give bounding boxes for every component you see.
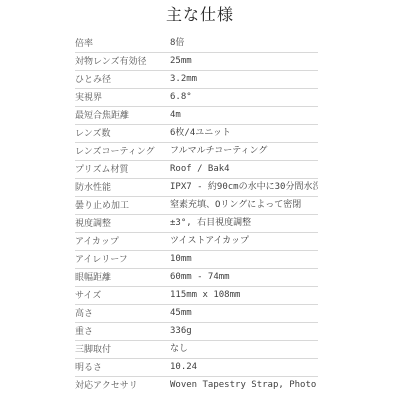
- spec-row-label: 三脚取付: [75, 341, 170, 359]
- spec-row-value: なし: [170, 341, 318, 359]
- spec-row-label: サイズ: [75, 287, 170, 305]
- spec-row-value: 8倍: [170, 35, 318, 53]
- spec-row-label: レンズコーティング: [75, 143, 170, 161]
- spec-row-value: IPX7 - 約90cmの水中に30分間水没可能: [170, 179, 318, 197]
- spec-row-label: アイカップ: [75, 233, 170, 251]
- spec-row: プリズム材質Roof / Bak4: [75, 161, 318, 179]
- spec-table: 倍率8倍対物レンズ有効径25mmひとみ径3.2mm実視界6.8°最短合焦距離4m…: [75, 35, 318, 394]
- spec-row-value: 10mm: [170, 251, 318, 269]
- spec-row-value: 10.24: [170, 359, 318, 377]
- spec-row: アイレリーフ10mm: [75, 251, 318, 269]
- spec-row: 対物レンズ有効径25mm: [75, 53, 318, 71]
- spec-row: 重さ336g: [75, 323, 318, 341]
- spec-row: 三脚取付なし: [75, 341, 318, 359]
- page-title: 主な仕様: [0, 0, 400, 27]
- spec-row: 明るさ10.24: [75, 359, 318, 377]
- spec-row: 実視界6.8°: [75, 89, 318, 107]
- spec-row-value: フルマルチコーティング: [170, 143, 318, 161]
- spec-row-value: 115mm x 108mm: [170, 287, 318, 305]
- spec-row: 防水性能IPX7 - 約90cmの水中に30分間水没可能: [75, 179, 318, 197]
- spec-row: 曇り止め加工窒素充填、Oリングによって密閉: [75, 197, 318, 215]
- spec-row-label: ひとみ径: [75, 71, 170, 89]
- spec-row-value: 45mm: [170, 305, 318, 323]
- spec-row-value: 6枚/4ユニット: [170, 125, 318, 143]
- spec-row-value: 336g: [170, 323, 318, 341]
- spec-row-label: 明るさ: [75, 359, 170, 377]
- spec-row-value: 6.8°: [170, 89, 318, 107]
- spec-row-label: 防水性能: [75, 179, 170, 197]
- spec-row-label: レンズ数: [75, 125, 170, 143]
- spec-row: レンズコーティングフルマルチコーティング: [75, 143, 318, 161]
- spec-row: 視度調整±3°, 右目視度調整: [75, 215, 318, 233]
- spec-row: 眼幅距離60mm - 74mm: [75, 269, 318, 287]
- spec-row: 倍率8倍: [75, 35, 318, 53]
- spec-row: 最短合焦距離4m: [75, 107, 318, 125]
- spec-row: 高さ45mm: [75, 305, 318, 323]
- spec-row-label: 曇り止め加工: [75, 197, 170, 215]
- spec-row-value: Woven Tapestry Strap, Photo Rig: [170, 377, 318, 395]
- spec-page: 主な仕様 倍率8倍対物レンズ有効径25mmひとみ径3.2mm実視界6.8°最短合…: [0, 0, 400, 400]
- spec-row-label: 眼幅距離: [75, 269, 170, 287]
- spec-row: アイカップツイストアイカップ: [75, 233, 318, 251]
- spec-table-body: 倍率8倍対物レンズ有効径25mmひとみ径3.2mm実視界6.8°最短合焦距離4m…: [75, 35, 318, 394]
- spec-row-label: 対物レンズ有効径: [75, 53, 170, 71]
- spec-row-label: 倍率: [75, 35, 170, 53]
- spec-row-value: ±3°, 右目視度調整: [170, 215, 318, 233]
- spec-row-value: 窒素充填、Oリングによって密閉: [170, 197, 318, 215]
- spec-row-label: 最短合焦距離: [75, 107, 170, 125]
- spec-row: サイズ115mm x 108mm: [75, 287, 318, 305]
- spec-row-label: 重さ: [75, 323, 170, 341]
- spec-row-value: 60mm - 74mm: [170, 269, 318, 287]
- spec-row-label: プリズム材質: [75, 161, 170, 179]
- spec-row-label: アイレリーフ: [75, 251, 170, 269]
- spec-row-value: 25mm: [170, 53, 318, 71]
- spec-row-label: 高さ: [75, 305, 170, 323]
- spec-row-label: 視度調整: [75, 215, 170, 233]
- spec-row: レンズ数6枚/4ユニット: [75, 125, 318, 143]
- spec-row-value: ツイストアイカップ: [170, 233, 318, 251]
- spec-row-value: 4m: [170, 107, 318, 125]
- spec-row-label: 実視界: [75, 89, 170, 107]
- spec-row-value: Roof / Bak4: [170, 161, 318, 179]
- spec-row-value: 3.2mm: [170, 71, 318, 89]
- spec-row-label: 対応アクセサリ: [75, 377, 170, 395]
- spec-row: 対応アクセサリWoven Tapestry Strap, Photo Rig: [75, 377, 318, 395]
- spec-row: ひとみ径3.2mm: [75, 71, 318, 89]
